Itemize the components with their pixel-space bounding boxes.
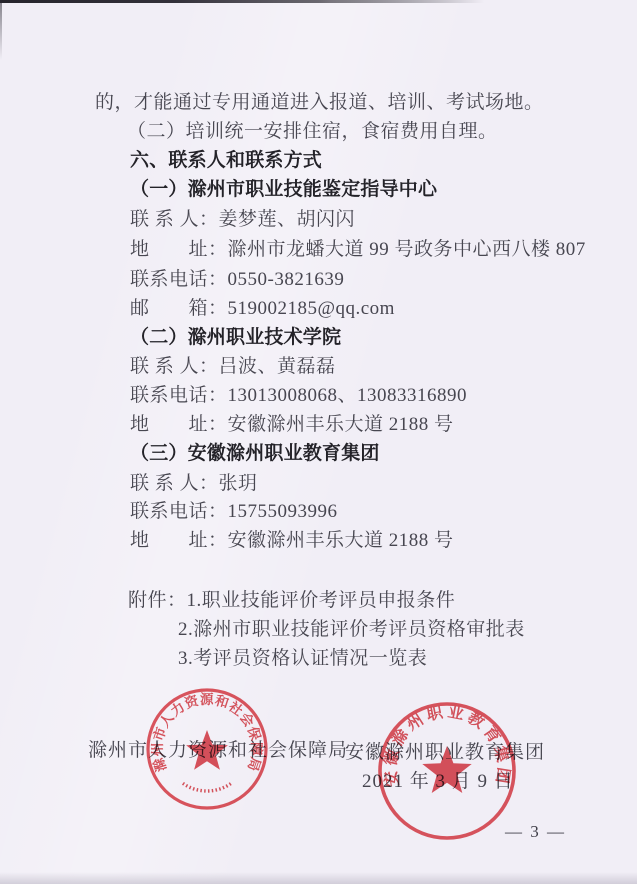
body-line: 的，才能通过专用通道进入报道、培训、考试场地。 — [95, 92, 544, 114]
address-line: 地 址：滁州市龙蟠大道 99 号政务中心西八楼 807 — [130, 239, 586, 261]
contact-person-line: 联 系 人：吕波、黄磊磊 — [130, 356, 336, 378]
phone-line: 联系电话：15755093996 — [130, 501, 338, 523]
attachment-line: 2.滁州市职业技能评价考评员资格审批表 — [178, 619, 525, 641]
address-line: 地 址：安徽滁州丰乐大道 2188 号 — [130, 414, 454, 436]
email-line: 邮 箱：519002185@qq.com — [130, 298, 395, 320]
attachment-line: 附件：1.职业技能评价考评员申报条件 — [128, 590, 455, 612]
phone-line: 联系电话：13013008068、13083316890 — [130, 385, 467, 407]
official-seal-right: 安徽滁州职业教育集团 — [372, 696, 522, 846]
section-heading: 六、联系人和联系方式 — [130, 150, 322, 172]
seal-star-icon — [422, 746, 471, 793]
scan-bottom-edge — [0, 872, 637, 884]
page-number: — 3 — — [505, 822, 566, 842]
seal-serial-marks — [183, 783, 231, 791]
phone-line: 联系电话：0550-3821639 — [130, 269, 344, 291]
scan-top-edge — [0, 0, 637, 3]
subsection-heading: （二）滁州职业技术学院 — [130, 327, 341, 349]
address-line: 地 址：安徽滁州丰乐大道 2188 号 — [130, 530, 454, 552]
scan-left-edge — [0, 0, 2, 60]
scanned-document-page: 的，才能通过专用通道进入报道、培训、考试场地。 （二）培训统一安排住宿，食宿费用… — [0, 0, 637, 884]
attachment-line: 3.考评员资格认证情况一览表 — [178, 648, 427, 670]
contact-person-line: 联 系 人：张玥 — [130, 473, 258, 495]
contact-person-line: 联 系 人：姜梦莲、胡闪闪 — [130, 209, 355, 231]
subsection-heading: （三）安徽滁州职业教育集团 — [130, 443, 380, 465]
official-seal-left: 滁州市人力资源和社会保障局 — [137, 679, 277, 819]
body-line: （二）培训统一安排住宿，食宿费用自理。 — [127, 121, 498, 143]
subsection-heading: （一）滁州市职业技能鉴定指导中心 — [130, 179, 437, 201]
seal-star-icon — [186, 730, 228, 770]
